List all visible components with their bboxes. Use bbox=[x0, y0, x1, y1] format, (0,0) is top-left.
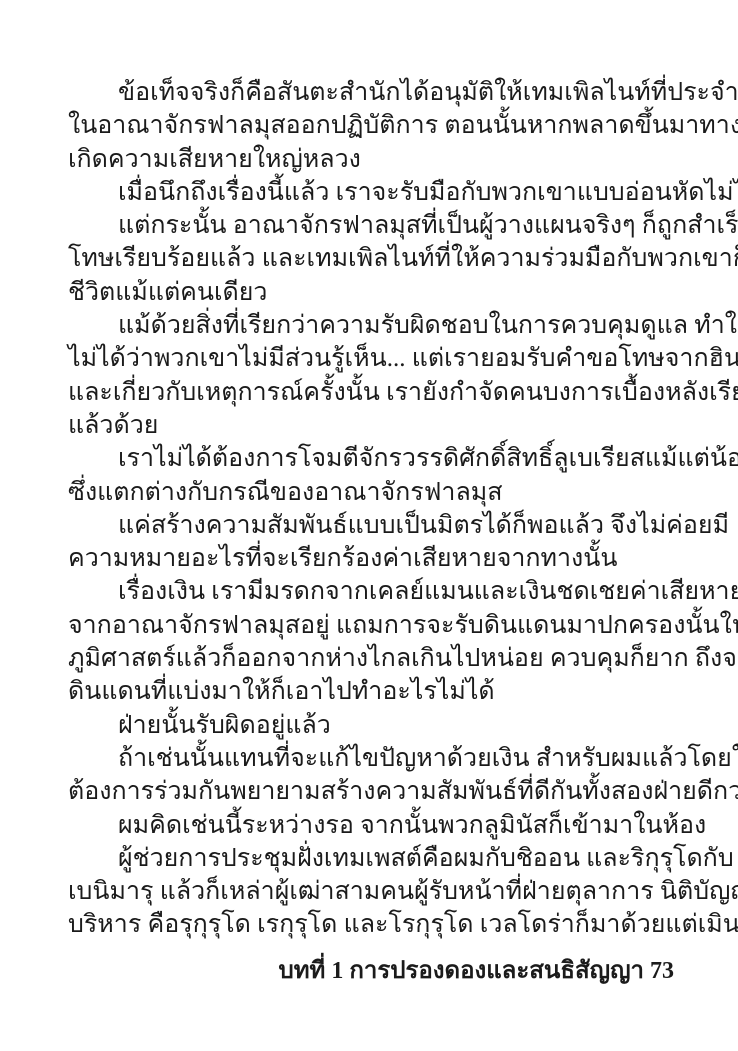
text-line: ชีวิตแม้แต่คนเดียว bbox=[68, 276, 676, 309]
text-line: ความหมายอะไรที่จะเรียกร้องค่าเสียหายจากท… bbox=[68, 542, 676, 575]
text-line: โทษเรียบร้อยแล้ว และเทมเพิลไนท์ที่ให้ควา… bbox=[68, 242, 676, 275]
text-line: ภูมิศาสตร์แล้วก็ออกจากห่างไกลเกินไปหน่อย… bbox=[68, 642, 676, 675]
text-line: เมื่อนึกถึงเรื่องนี้แล้ว เราจะรับมือกับพ… bbox=[68, 176, 676, 209]
text-line: แม้ด้วยสิ่งที่เรียกว่าความรับผิดชอบในการ… bbox=[68, 309, 676, 342]
text-line: เกิดความเสียหายใหญ่หลวง bbox=[68, 143, 676, 176]
text-line: ฝ่ายนั้นรับผิดอยู่แล้ว bbox=[68, 709, 676, 742]
text-line: ผู้ช่วยการประชุมฝั่งเทมเพสต์คือผมกับชิออ… bbox=[68, 842, 676, 875]
text-line: แค่สร้างความสัมพันธ์แบบเป็นมิตรได้ก็พอแล… bbox=[68, 509, 676, 542]
text-line: เบนิมารุ แล้วก็เหล่าผู้เฒ่าสามคนผู้รับหน… bbox=[68, 875, 676, 908]
text-line: ถ้าเช่นนั้นแทนที่จะแก้ไขปัญหาด้วยเงิน สำ… bbox=[68, 742, 676, 775]
text-line: ไม่ได้ว่าพวกเขาไม่มีส่วนรู้เห็น... แต่เร… bbox=[68, 342, 676, 375]
text-line: และเกี่ยวกับเหตุการณ์ครั้งนั้น เรายังกำจ… bbox=[68, 376, 676, 409]
text-line: ดินแดนที่แบ่งมาให้ก็เอาไปทำอะไรไม่ได้ bbox=[68, 675, 676, 708]
text-line: เรื่องเงิน เรามีมรดกจากเคลย์แมนและเงินชด… bbox=[68, 575, 676, 608]
text-line: ซึ่งแตกต่างกับกรณีของอาณาจักรฟาลมุส bbox=[68, 476, 676, 509]
text-line: แล้วด้วย bbox=[68, 409, 676, 442]
book-page: ข้อเท็จจริงก็คือสันตะสำนักได้อนุมัติให้เ… bbox=[0, 0, 738, 1051]
text-line: จากอาณาจักรฟาลมุสอยู่ แถมการจะรับดินแดนม… bbox=[68, 609, 676, 642]
page-footer-chapter-label: บทที่ 1 การปรองดองและสนธิสัญญา 73 bbox=[278, 955, 674, 987]
text-line: ข้อเท็จจริงก็คือสันตะสำนักได้อนุมัติให้เ… bbox=[68, 76, 676, 109]
text-line: แต่กระนั้น อาณาจักรฟาลมุสที่เป็นผู้วางแผ… bbox=[68, 209, 676, 242]
body-text-block: ข้อเท็จจริงก็คือสันตะสำนักได้อนุมัติให้เ… bbox=[68, 76, 676, 942]
text-line: เราไม่ได้ต้องการโจมตีจักรวรรดิศักดิ์สิทธ… bbox=[68, 442, 676, 475]
text-line: บริหาร คือรุกุรุโด เรกุรุโด และโรกุรุโด … bbox=[68, 908, 676, 941]
text-line: ผมคิดเช่นนี้ระหว่างรอ จากนั้นพวกลูมินัสก… bbox=[68, 809, 676, 842]
text-line: ต้องการร่วมกันพยายามสร้างความสัมพันธ์ที่… bbox=[68, 775, 676, 808]
text-line: ในอาณาจักรฟาลมุสออกปฏิบัติการ ตอนนั้นหาก… bbox=[68, 109, 676, 142]
